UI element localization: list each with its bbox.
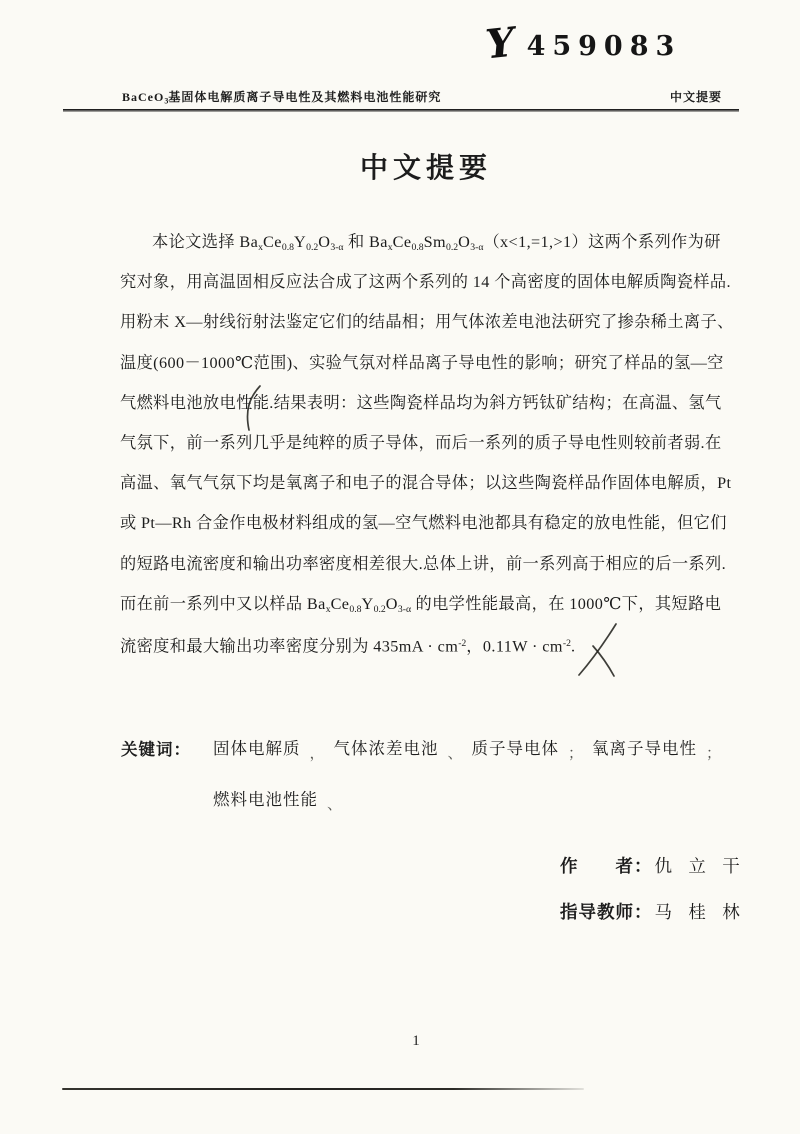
- keyword: 质子导电体: [472, 739, 560, 758]
- document-page: Y459083 BaCeO3基固体电解质离子导电性及其燃料电池性能研究 中文提要…: [0, 0, 800, 1134]
- keyword: 气体浓差电池: [334, 739, 439, 758]
- keyword-separator: ，: [301, 746, 334, 762]
- abstract-line: 气燃料电池放电性能.结果表明：这些陶瓷样品均为斜方钙钛矿结构；在高温、氢气: [120, 383, 704, 423]
- keywords-list: 固体电解质，气体浓差电池、质子导电体；氧离子导电性； 燃料电池性能、: [213, 736, 730, 814]
- keyword-separator: ；: [559, 746, 592, 762]
- abstract-paragraph: 本论文选择 BaxCe0.8Y0.2O3-α 和 BaxCe0.8Sm0.2O3…: [120, 222, 704, 664]
- abstract-line: 的短路电流密度和输出功率密度相差很大.总体上讲，前一系列高于相应的后一系列.: [120, 544, 704, 584]
- running-header: BaCeO3基固体电解质离子导电性及其燃料电池性能研究 中文提要: [122, 88, 722, 105]
- keywords-row-2: 燃料电池性能、: [213, 787, 730, 814]
- advisor-row: 指导教师：马 桂 林: [560, 899, 746, 924]
- author-label: 作 者：: [560, 856, 653, 876]
- abstract-line: 本论文选择 BaxCe0.8Y0.2O3-α 和 BaxCe0.8Sm0.2O3…: [120, 222, 704, 262]
- header-rule: [63, 109, 739, 112]
- keyword: 氧离子导电性: [592, 739, 697, 758]
- page-title: 中文提要: [26, 146, 800, 186]
- keyword: 燃料电池性能: [213, 790, 318, 809]
- running-header-title-tail: 基固体电解质离子导电性及其燃料电池性能研究: [168, 90, 441, 104]
- abstract-line: 气氛下，前一系列几乎是纯粹的质子导体，而后一系列的质子导电性则较前者弱.在: [120, 423, 704, 463]
- abstract-line: 或 Pt—Rh 合金作电极材料组成的氢—空气燃料电池都具有稳定的放电性能，但它们: [120, 503, 704, 543]
- page-number: 1: [16, 1033, 800, 1050]
- abstract-line: 而在前一系列中又以样品 BaxCe0.8Y0.2O3-α 的电学性能最高，在 1…: [120, 584, 704, 624]
- keyword-separator: ；: [697, 746, 730, 762]
- abstract-line: 用粉末 X—射线衍射法鉴定它们的结晶相；用气体浓差电池法研究了掺杂稀土离子、: [120, 302, 704, 342]
- author-name: 仇 立 干: [655, 856, 746, 876]
- stamp-number: 459083: [527, 31, 682, 62]
- abstract-line: 温度(600－1000℃范围)、实验气氛对样品离子导电性的影响；研究了样品的氢—…: [120, 343, 704, 383]
- keywords-label: 关键词：: [121, 736, 191, 760]
- running-header-section: 中文提要: [670, 88, 722, 105]
- keyword-separator: 、: [439, 746, 472, 762]
- running-header-title-main: BaCeO: [122, 90, 164, 104]
- library-stamp: Y459083: [486, 24, 681, 64]
- abstract-line: 究对象，用高温固相反应法合成了这两个系列的 14 个高密度的固体电解质陶瓷样品.: [120, 262, 704, 302]
- advisor-name: 马 桂 林: [655, 902, 746, 922]
- keywords-block: 关键词： 固体电解质，气体浓差电池、质子导电体；氧离子导电性； 燃料电池性能、: [121, 736, 730, 814]
- running-header-title: BaCeO3基固体电解质离子导电性及其燃料电池性能研究: [122, 88, 441, 105]
- author-row: 作 者：仇 立 干: [560, 853, 746, 878]
- keywords-row-1: 固体电解质，气体浓差电池、质子导电体；氧离子导电性；: [213, 736, 730, 763]
- stamp-mark: Y: [484, 23, 517, 66]
- advisor-label: 指导教师：: [560, 902, 653, 922]
- keyword-separator: 、: [318, 797, 351, 813]
- keyword: 固体电解质: [213, 739, 301, 758]
- footer-rule: [62, 1088, 584, 1090]
- signature-block: 作 者：仇 立 干 指导教师：马 桂 林: [560, 853, 746, 924]
- abstract-line: 高温、氧气气氛下均是氧离子和电子的混合导体；以这些陶瓷样品作固体电解质，Pt: [120, 463, 704, 503]
- abstract-line: 流密度和最大输出功率密度分别为 435mA · cm-2，0.11W · cm-…: [120, 624, 704, 664]
